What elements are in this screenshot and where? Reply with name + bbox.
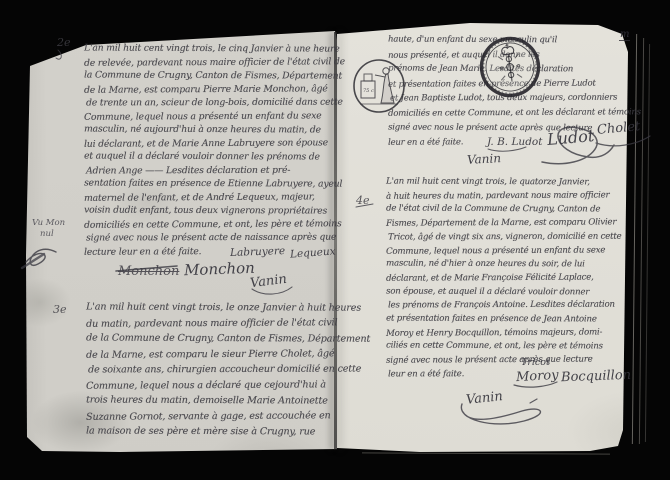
handwritten-line: et présentation faites en présence de Je… (386, 313, 628, 328)
page-edge-line (645, 44, 650, 442)
handwritten-line: et auquel il a déclaré vouloir donner le… (84, 149, 336, 164)
page-edge-line (632, 34, 637, 444)
handwritten-line: signé avec nous le présent acte après qu… (386, 353, 628, 368)
record-2-margin-number: 2e (57, 36, 71, 49)
figure-stamp-value-text: 75 c (363, 88, 374, 94)
handwritten-line: Fismes, Département de la Marne, est com… (386, 216, 628, 231)
record-4-margin-number: 4e (356, 194, 370, 207)
signature-monchon: Monchon (184, 259, 255, 279)
handwritten-line: Commune, lequel nous a déclaré que cejou… (86, 377, 338, 394)
handwritten-line: L'an mil huit cent vingt trois, le onze … (86, 299, 338, 316)
handwritten-line: masculin, né aujourd'hui à onze heures d… (84, 122, 336, 137)
handwritten-line: L'an mil huit cent vingt trois, le quato… (386, 175, 628, 190)
margin-note-line1: Vu Mon (32, 218, 65, 228)
signature-moroy: Moroy (516, 368, 559, 385)
handwritten-line: masculin, né d'hier à onze heures du soi… (386, 258, 628, 273)
handwritten-line: signé avec nous le présent acte de naiss… (86, 231, 338, 245)
page-edge-bottom (362, 452, 610, 454)
record-3-margin-number: 3e (53, 303, 67, 316)
handwritten-line: voisin dudit enfant, tous deux vignerons… (84, 203, 336, 218)
signature-monchon-struck: Monchon (118, 264, 179, 279)
handwritten-line: ciliés en cette Commune, et ont, les pèr… (386, 340, 628, 355)
handwritten-line: domiciliés en cette Commune, et ont les … (388, 105, 630, 121)
page-edge-line (639, 38, 644, 444)
handwritten-line: son épouse, et auquel il a déclaré voulo… (386, 285, 628, 300)
handwritten-line: de la Commune de Crugny, Canton de Fisme… (86, 330, 338, 347)
handwritten-line: Adrien Ange —— Lesdites déclaration et p… (86, 163, 338, 177)
handwritten-line: trois heures du matin, demoiselle Marie … (86, 392, 338, 409)
handwritten-line: maternel de l'enfant, et de André Lequeu… (84, 190, 336, 205)
handwritten-line: de l'état civil de la Commune de Crugny,… (386, 203, 628, 218)
record-3-text: L'an mil huit cent vingt trois, le onze … (86, 300, 338, 440)
margin-note-line2: nul (40, 229, 54, 239)
crowned-arms-royal-stamp-icon (475, 32, 545, 102)
handwritten-line: de soixante ans, chirurgien accoucheur d… (88, 362, 340, 378)
signature-vanin-mid: Vanin (467, 151, 502, 167)
handwritten-line: la maison de ses père et mère sise à Cru… (86, 423, 338, 440)
handwritten-line: la Commune de Crugny, Canton de Fismes, … (84, 68, 336, 83)
handwritten-line: de la Marne, est comparu Pierre Marie Mo… (84, 82, 336, 97)
handwritten-line: les prénoms de François Antoine. Lesdite… (388, 299, 630, 314)
handwritten-line: déclarant, et de Marie Françoise Félicit… (386, 271, 628, 286)
handwritten-line: de relevée, pardevant nous maire officie… (84, 55, 336, 70)
handwritten-line: de la Marne, est comparu le sieur Pierre… (86, 346, 338, 363)
handwritten-line: Suzanne Gornot, servante à gage, est acc… (86, 408, 338, 425)
record-2-text: L'an mil huit cent vingt trois, le cinq … (84, 42, 336, 258)
handwritten-line: Commune, lequel nous a présenté un enfan… (84, 109, 336, 124)
handwritten-line: domiciliés en cette Commune, et ont, les… (84, 217, 336, 232)
handwritten-line: du matin, pardevant nous maire officier … (86, 315, 338, 332)
scanned-register-spread: 2e L'an mil huit cent vingt trois, le ci… (0, 0, 670, 480)
signature-jb-ludot: J. B. Ludot (487, 136, 542, 148)
handwritten-line: lui déclarant, et de Marie Anne Labruyer… (84, 136, 336, 151)
record-4-text: L'an mil huit cent vingt trois, le quato… (386, 176, 628, 382)
handwritten-line: L'an mil huit cent vingt trois, le cinq … (84, 41, 336, 56)
signature-bocquillon: Bocquillon (561, 368, 632, 385)
signature-labruyere: Labruyere (230, 245, 286, 259)
allegorical-figure-revenue-stamp-icon: 75 c (352, 58, 406, 114)
handwritten-line: sentation faites en présence de Etienne … (84, 176, 336, 191)
handwritten-line: Tricot, âgé de vingt six ans, vigneron, … (388, 230, 630, 245)
handwritten-line: de trente un an, scieur de long-bois, do… (86, 96, 338, 110)
signature-tricot: Tricot (521, 357, 550, 368)
